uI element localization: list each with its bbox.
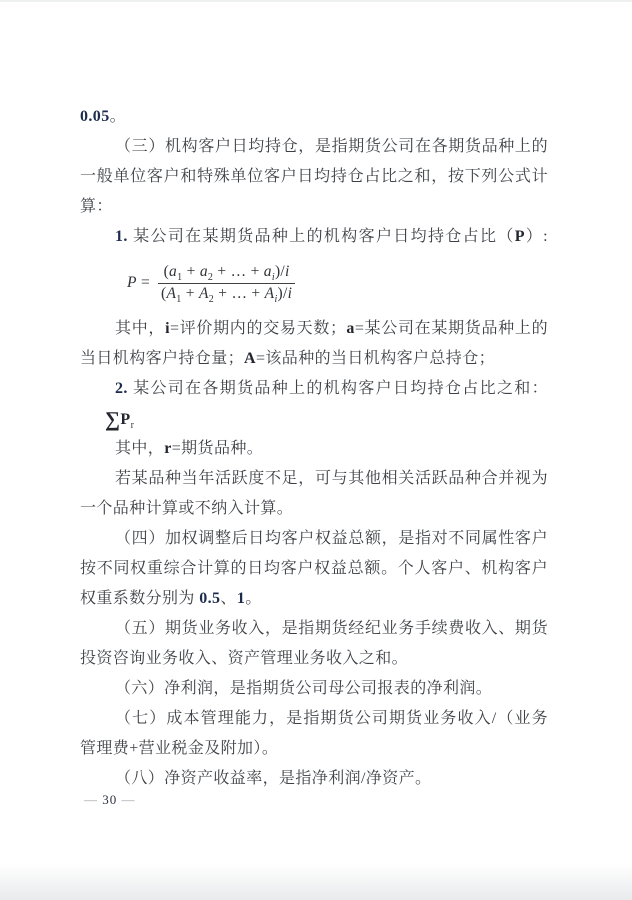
text-line: 其中，r=期货品种。: [80, 434, 548, 464]
text-run: a: [169, 263, 177, 280]
text-run: a: [264, 263, 272, 280]
text-line: （七）成本管理能力，是指期货公司期货业务收入/（业务: [80, 704, 548, 734]
text-run: A: [244, 350, 256, 367]
text-line: 0.05。: [80, 102, 548, 132]
text-run: 1: [237, 590, 245, 607]
text-line: 投资咨询业务收入、资产管理业务收入之和。: [80, 644, 548, 674]
text-run: i: [288, 285, 293, 302]
text-line: 管理费+营业税金及附加）。: [80, 734, 548, 764]
text-run: +: [182, 285, 199, 302]
text-run: （四）加权调整后日均客户权益总额，是指对不同属性客户: [115, 530, 548, 547]
text-line: （六）净利润，是指期货公司母公司报表的净利润。: [80, 674, 548, 704]
footer-page-number: — 30 —: [84, 792, 136, 808]
page-top-edge: [0, 0, 632, 2]
subscript: r: [131, 420, 135, 431]
text-line: 权重系数分别为 0.5、1。: [80, 584, 548, 614]
text-run: +: [182, 263, 199, 280]
text-run: 30: [102, 792, 117, 807]
text-run: a: [346, 320, 354, 337]
text-run: 一般单位客户和特殊单位客户日均持仓占比之和，按下列公式计: [80, 168, 548, 185]
text-line: 按不同权重综合计算的日均客户权益总额。个人客户、机构客户: [80, 554, 548, 584]
text-run: a: [200, 263, 208, 280]
text-run: （六）净利润，是指期货公司母公司报表的净利润。: [115, 680, 492, 697]
text-run: )/: [275, 263, 285, 280]
text-line: （四）加权调整后日均客户权益总额，是指对不同属性客户: [80, 524, 548, 554]
text-run: （五）期货业务收入，是指期货经纪业务手续费收入、期货: [115, 620, 548, 637]
text-run: 。: [110, 108, 126, 125]
text-line: 1. 某公司在某期货品种上的机构客户日均持仓占比（P）:: [80, 222, 548, 252]
text-run: 2.: [115, 380, 133, 397]
text-run: P: [120, 411, 130, 428]
fraction-numerator: (a1 + a2 + … + ai)/i: [158, 262, 295, 283]
formula-fraction: (a1 + a2 + … + ai)/i(A1 + A2 + … + Ai)/i: [158, 262, 295, 305]
text-line: ∑Pr: [80, 404, 548, 434]
text-run: =某公司在某期货品种上的: [355, 320, 548, 337]
text-run: A: [166, 285, 176, 302]
text-run: 算：: [80, 198, 113, 215]
text-line: 算：: [80, 192, 548, 222]
text-run: 若某品种当年活跃度不足，可与其他相关活跃品种合并视为: [115, 470, 548, 487]
text-line: （八）净资产收益率，是指净利润/净资产。: [80, 764, 548, 794]
text-run: =该品种的当日机构客户总持仓；: [256, 350, 495, 367]
text-run: 0.5: [199, 590, 220, 607]
text-run: 按不同权重综合计算的日均客户权益总额。个人客户、机构客户: [80, 560, 548, 577]
text-run: P: [515, 228, 525, 245]
text-run: r: [164, 440, 172, 457]
text-line: 其中，i=评价期内的交易天数；a=某公司在某期货品种上的: [80, 314, 548, 344]
text-run: =: [137, 274, 150, 291]
text-run: i: [285, 263, 290, 280]
text-run: 一个品种计算或不纳入计算。: [80, 500, 293, 517]
text-run: （三）机构客户日均持仓，是指期货公司在各期货品种上的: [115, 138, 548, 155]
text-line: 若某品种当年活跃度不足，可与其他相关活跃品种合并视为: [80, 464, 548, 494]
formula: P = (a1 + a2 + … + ai)/i(A1 + A2 + … + A…: [80, 252, 548, 314]
text-run: =评价期内的交易天数；: [170, 320, 346, 337]
text-run: —: [117, 792, 135, 807]
document-page: 0.05。（三）机构客户日均持仓，是指期货公司在各期货品种上的一般单位客户和特殊…: [0, 0, 632, 900]
text-line: 2. 某公司在各期货品种上的机构客户日均持仓占比之和：: [80, 374, 548, 404]
text-run: =期货品种。: [172, 440, 263, 457]
text-run: 1.: [115, 228, 133, 245]
text-run: 某公司在各期货品种上的机构客户日均持仓占比之和：: [133, 380, 548, 397]
text-line: 一般单位客户和特殊单位客户日均持仓占比之和，按下列公式计: [80, 162, 548, 192]
text-run: （七）成本管理能力，是指期货公司期货业务收入/（业务: [115, 710, 548, 727]
text-run: A: [265, 285, 275, 302]
text-run: 权重系数分别为: [80, 590, 199, 607]
text-run: ）:: [525, 228, 548, 245]
formula-lhs: P =: [127, 274, 150, 292]
fraction-denominator: (A1 + A2 + … + Ai)/i: [158, 283, 295, 305]
text-run: 管理费+营业税金及附加）。: [80, 740, 278, 757]
text-run: 0.05: [80, 108, 110, 125]
text-run: 。: [245, 590, 261, 607]
text-run: 投资咨询业务收入、资产管理业务收入之和。: [80, 650, 408, 667]
text-run: 、: [220, 590, 236, 607]
text-line: 一个品种计算或不纳入计算。: [80, 494, 548, 524]
text-run: P: [127, 274, 137, 291]
document-body: 0.05。（三）机构客户日均持仓，是指期货公司在各期货品种上的一般单位客户和特殊…: [80, 102, 548, 794]
text-run: —: [84, 792, 102, 807]
text-run: 某公司在某期货品种上的机构客户日均持仓占比（: [133, 228, 515, 245]
page-bottom-shade: [0, 864, 632, 900]
text-line: （三）机构客户日均持仓，是指期货公司在各期货品种上的: [80, 132, 548, 162]
text-line: （五）期货业务收入，是指期货经纪业务手续费收入、期货: [80, 614, 548, 644]
text-run: 其中，: [115, 440, 164, 457]
text-run: ∑: [105, 407, 120, 431]
text-run: A: [199, 285, 209, 302]
text-run: 当日机构客户持仓量；: [80, 350, 244, 367]
text-run: 其中，: [115, 320, 165, 337]
text-run: + … +: [214, 285, 265, 302]
text-run: + … +: [213, 263, 264, 280]
text-run: （八）净资产收益率，是指净利润/净资产。: [115, 770, 431, 787]
text-run: )/: [278, 285, 288, 302]
text-line: 当日机构客户持仓量；A=该品种的当日机构客户总持仓；: [80, 344, 548, 374]
